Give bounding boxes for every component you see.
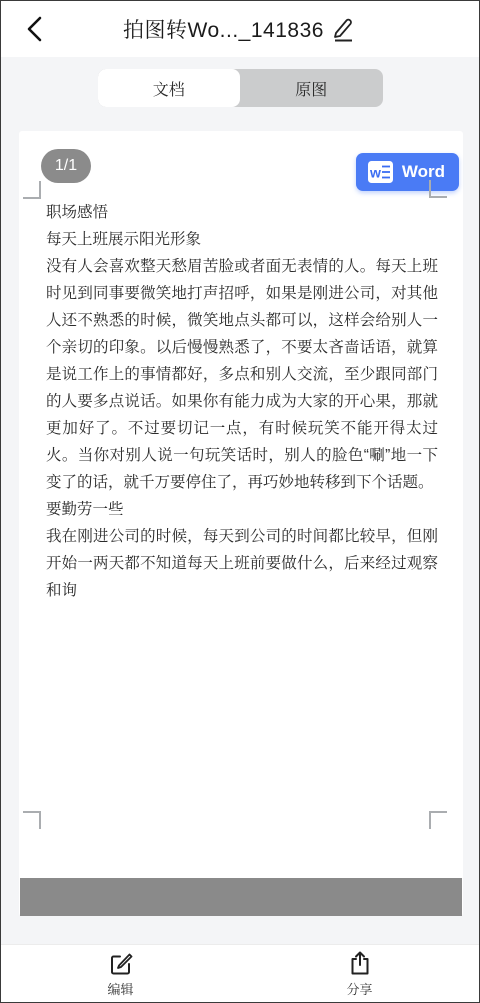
edit-button-label: 编辑 — [107, 979, 133, 998]
doc-heading-1: 职场感悟 — [46, 199, 438, 226]
crop-mark-bottom-left — [23, 811, 41, 829]
share-arrow-up-icon — [347, 950, 373, 976]
tab-document[interactable]: 文档 — [98, 69, 241, 107]
document-page[interactable]: 1/1 w Word 职场感悟 每天上班展示阳光形象 没有人会喜欢整天愁眉苦脸或… — [19, 131, 463, 916]
ocr-text-block: 职场感悟 每天上班展示阳光形象 没有人会喜欢整天愁眉苦脸或者面无表情的人。每天上… — [46, 199, 438, 604]
chevron-left-icon — [24, 15, 46, 43]
crop-mark-top-right — [429, 180, 447, 198]
doc-heading-3: 要勤劳一些 — [46, 496, 438, 523]
tab-original-image[interactable]: 原图 — [240, 69, 383, 107]
share-button-label: 分享 — [346, 979, 372, 998]
page-bottom-gray-bar — [20, 878, 462, 916]
back-button[interactable] — [15, 9, 55, 49]
share-button[interactable]: 分享 — [240, 950, 479, 998]
page-title: 拍图转Wo..._141836 — [123, 14, 324, 44]
doc-paragraph-1: 没有人会喜欢整天愁眉苦脸或者面无表情的人。每天上班时见到同事要微笑地打声招呼，如… — [46, 253, 438, 496]
edit-button[interactable]: 编辑 — [1, 950, 240, 998]
word-logo-icon: w — [367, 160, 394, 184]
rename-button[interactable] — [331, 15, 357, 43]
crop-mark-top-left — [23, 181, 41, 199]
view-segmented-control: 文档 原图 — [98, 69, 383, 107]
word-button-label: Word — [402, 162, 445, 182]
pencil-underline-icon — [331, 15, 357, 43]
doc-paragraph-2: 我在刚进公司的时候，每天到公司的时间都比较早，但刚开始一两天都不知道每天上班前要… — [46, 523, 438, 604]
footer-toolbar: 编辑 分享 — [1, 944, 479, 1002]
main-area: 1/1 w Word 职场感悟 每天上班展示阳光形象 没有人会喜欢整天愁眉苦脸或… — [1, 119, 479, 944]
title-wrap: 拍图转Wo..._141836 — [123, 14, 357, 44]
topbar: 拍图转Wo..._141836 — [1, 1, 479, 57]
tab-section: 文档 原图 — [1, 57, 479, 119]
edit-square-icon — [108, 950, 134, 976]
page-indicator-badge: 1/1 — [41, 149, 91, 183]
crop-mark-bottom-right — [429, 811, 447, 829]
svg-text:w: w — [369, 165, 381, 181]
doc-heading-2: 每天上班展示阳光形象 — [46, 226, 438, 253]
